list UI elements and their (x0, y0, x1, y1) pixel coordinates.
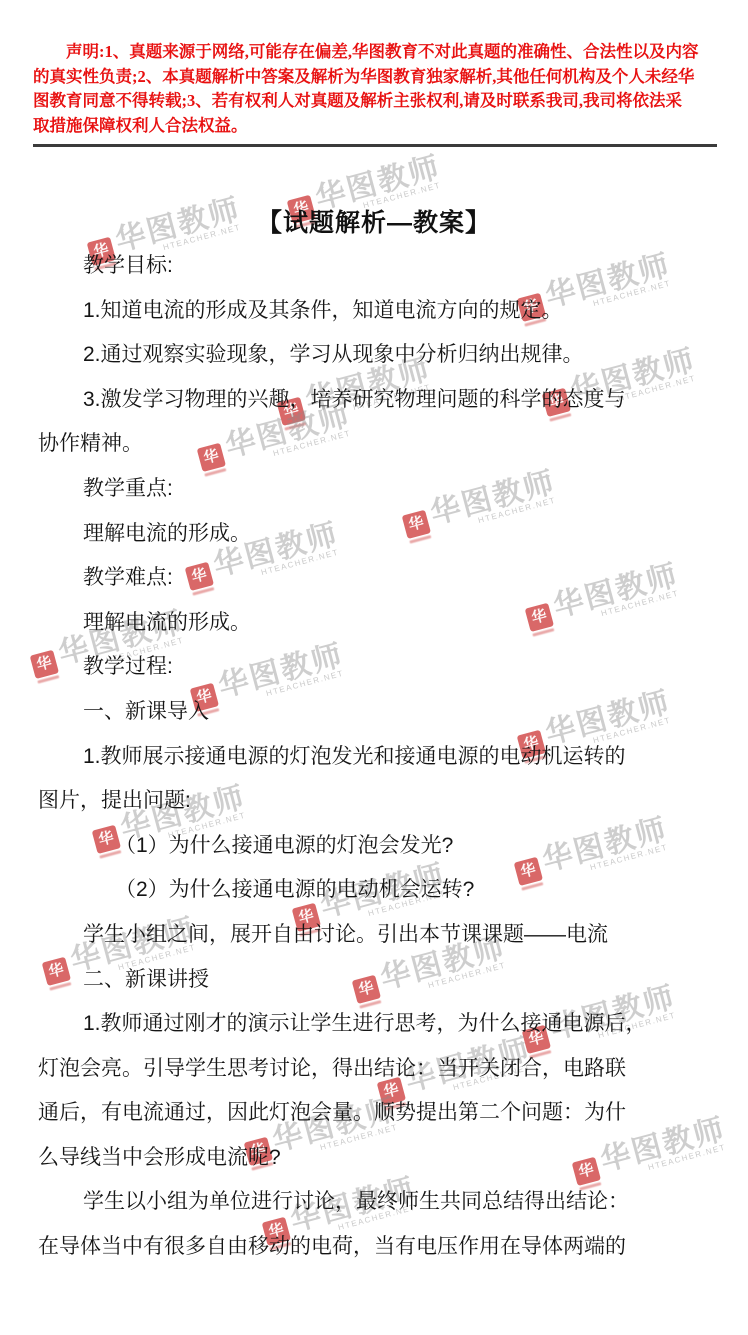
body-text-line: 教学目标: (38, 252, 716, 297)
body-text-line: 1.教师展示接通电源的灯泡发光和接通电源的电动机运转的 (38, 743, 716, 788)
body-text-line: 1.教师通过刚才的演示让学生进行思考，为什么接通电源后， (38, 1010, 716, 1055)
body-text-line: 理解电流的形成。 (38, 520, 716, 565)
body-text-line: 图片，提出问题: (38, 787, 716, 832)
document-title: 【试题解析—教案】 (0, 203, 748, 239)
body-text-line: 教学过程: (38, 653, 716, 698)
disclaimer-line: 声明:1、真题来源于网络,可能存在偏差,华图教育不对此真题的准确性、合法性以及内… (33, 41, 717, 66)
body-text-line: 学生以小组为单位进行讨论，最终师生共同总结得出结论： (38, 1188, 716, 1233)
body-text-line: 教学难点: (38, 564, 716, 609)
body-text-line: 灯泡会亮。引导学生思考讨论，得出结论：当开关闭合，电路联 (38, 1055, 716, 1100)
body-text-line: 在导体当中有很多自由移动的电荷，当有电压作用在导体两端的 (38, 1233, 716, 1278)
disclaimer-line: 取措施保障权利人合法权益。 (33, 115, 717, 140)
document-page: 华 华图教师 HTEACHER.NET 华 华图教师 HTEACHER.NET … (0, 0, 748, 1335)
body-text-line: 协作精神。 (38, 430, 716, 475)
body-text-line: 二、新课讲授 (38, 966, 716, 1011)
body-text-line: 3.激发学习物理的兴趣，培养研究物理问题的科学的态度与 (38, 386, 716, 431)
body-text-line: （1）为什么接通电源的灯泡会发光? (38, 832, 716, 877)
disclaimer-line: 的真实性负责;2、本真题解析中答案及解析为华图教育独家解析,其他任何机构及个人未… (33, 66, 717, 91)
body-text-line: 一、新课导入 (38, 698, 716, 743)
document-body: 教学目标:1.知道电流的形成及其条件，知道电流方向的规定。2.通过观察实验现象，… (38, 252, 716, 1278)
section-divider (33, 144, 717, 147)
document-content: 声明:1、真题来源于网络,可能存在偏差,华图教育不对此真题的准确性、合法性以及内… (0, 0, 748, 1335)
body-text-line: 教学重点: (38, 475, 716, 520)
body-text-line: 么导线当中会形成电流呢? (38, 1144, 716, 1189)
body-text-line: 学生小组之间，展开自由讨论。引出本节课课题——电流 (38, 921, 716, 966)
body-text-line: 1.知道电流的形成及其条件，知道电流方向的规定。 (38, 297, 716, 342)
body-text-line: 理解电流的形成。 (38, 609, 716, 654)
body-text-line: 通后，有电流通过，因此灯泡会量。顺势提出第二个问题：为什 (38, 1099, 716, 1144)
disclaimer: 声明:1、真题来源于网络,可能存在偏差,华图教育不对此真题的准确性、合法性以及内… (33, 41, 717, 139)
disclaimer-line: 图教育同意不得转载;3、若有权利人对真题及解析主张权利,请及时联系我司,我司将依… (33, 90, 717, 115)
body-text-line: 2.通过观察实验现象，学习从现象中分析归纳出规律。 (38, 341, 716, 386)
body-text-line: （2）为什么接通电源的电动机会运转? (38, 876, 716, 921)
